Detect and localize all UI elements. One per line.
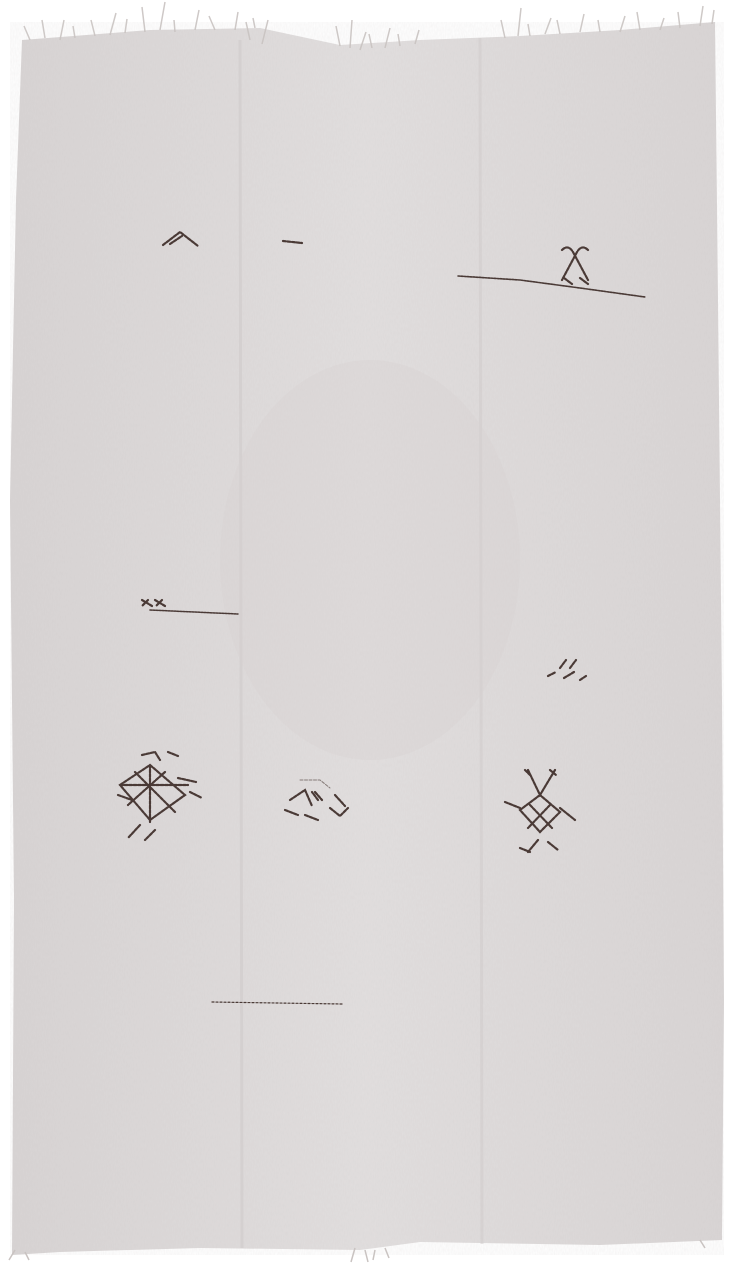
rug-photo — [0, 0, 731, 1267]
